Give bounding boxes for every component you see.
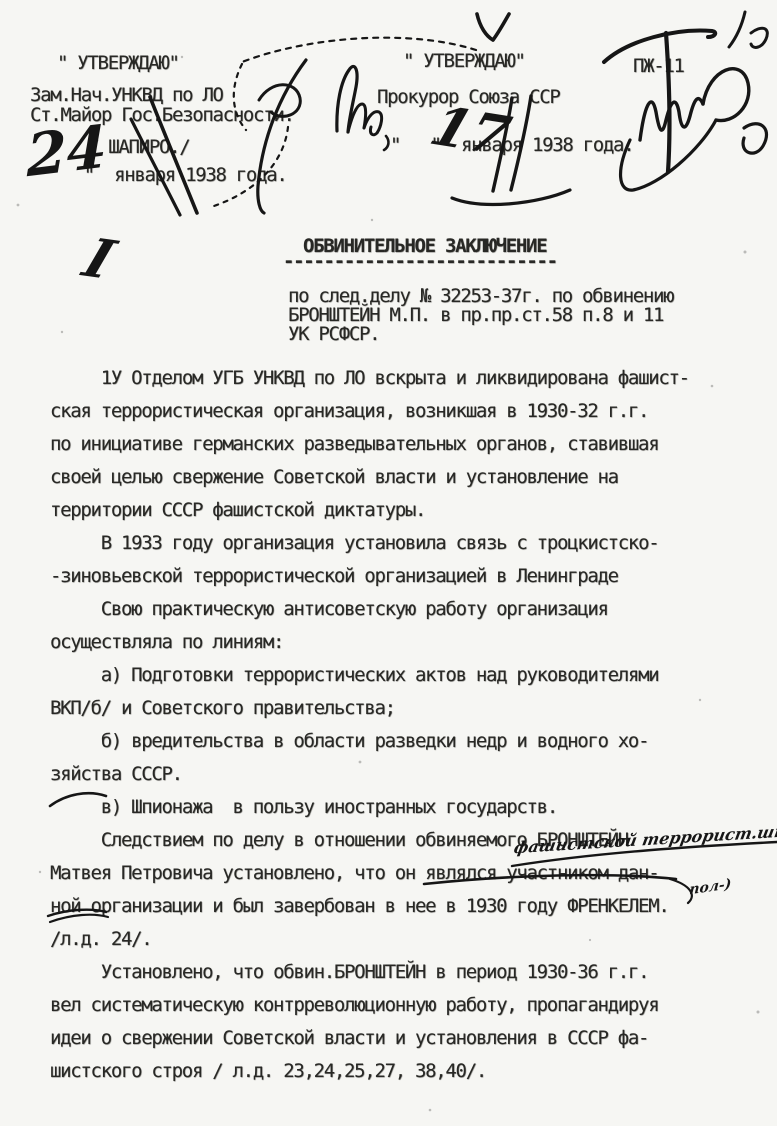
paragraph-1933-link: В 1933 году организация установила связь… xyxy=(50,527,730,659)
prosecutor-signature-scrawl xyxy=(604,31,767,191)
handwritten-day-24: 24 xyxy=(26,112,107,190)
left-approval-stamp: " УТВЕРЖДАЮ" xyxy=(57,52,179,74)
margin-numeral-annotation: I xyxy=(76,226,123,291)
paragraph-organization: 1У Отделом УГБ УНКВД по ЛО вскрыта и лик… xyxy=(50,362,730,527)
paragraph-item-b: б) вредительства в области разведки недр… xyxy=(50,725,730,791)
paragraph-established: Установлено, что обвин.БРОНШТЕЙН в перио… xyxy=(50,956,730,1088)
scanned-document-page: " УТВЕРЖДАЮ" Зам.Нач.УНКВД по ЛО Ст.Майо… xyxy=(0,0,777,1126)
check-mark-annotation xyxy=(477,14,509,40)
case-info: по след.делу № 32253-37г. по обвинению Б… xyxy=(288,287,673,344)
title-underline: --------------------------- xyxy=(283,250,557,272)
corner-scribble-annotation xyxy=(729,12,767,47)
left-approval-role1: Зам.Нач.УНКВД по ЛО xyxy=(30,84,223,106)
paragraph-item-a: а) Подготовки террористических актов над… xyxy=(50,659,730,725)
pom-handwritten-word xyxy=(337,66,389,150)
paragraph-item-v: в) Шпионажа в пользу иностранных государ… xyxy=(50,791,730,824)
document-code: ПЖ-11 xyxy=(633,55,684,77)
document-body: 1У Отделом УГБ УНКВД по ЛО вскрыта и лик… xyxy=(50,362,730,1088)
right-approval-stamp: " УТВЕРЖДАЮ" xyxy=(403,50,525,72)
